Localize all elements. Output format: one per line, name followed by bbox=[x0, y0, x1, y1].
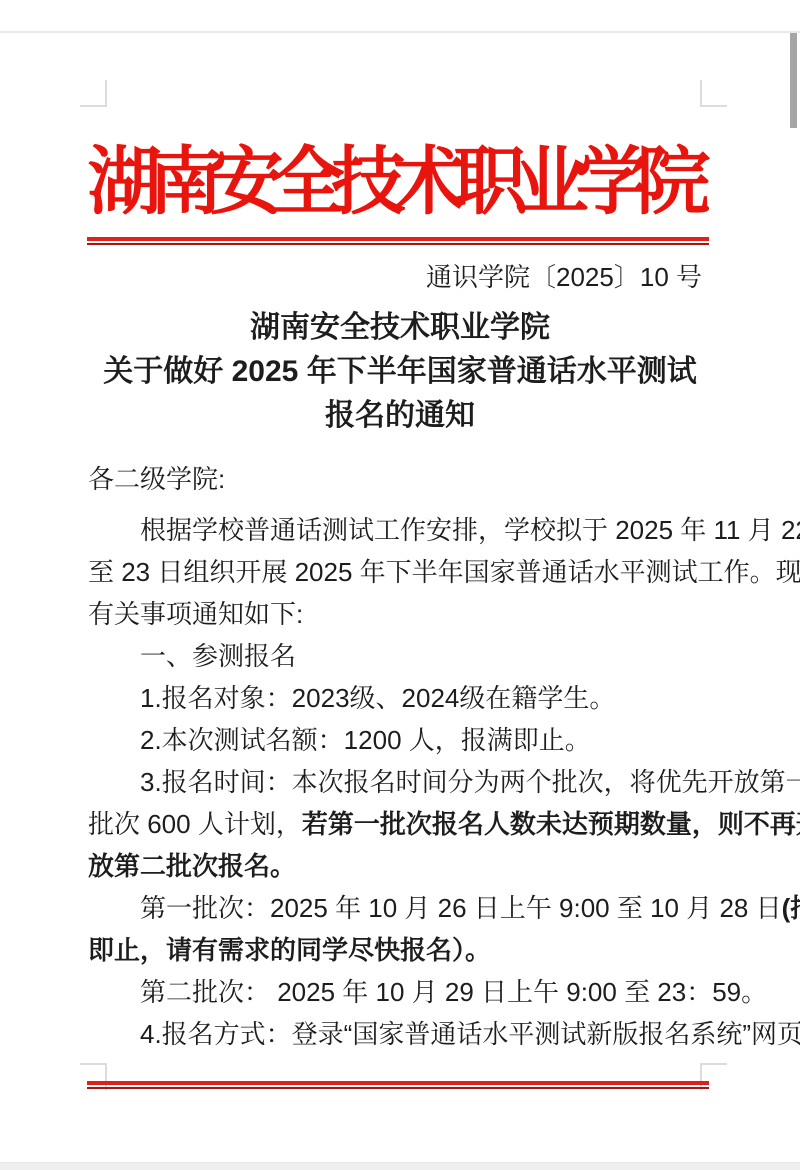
body-text-normal: 批次 600 人计划， bbox=[88, 809, 302, 839]
body-line-item2: 2.本次测试名额：1200 人，报满即止。 bbox=[88, 719, 728, 761]
body-line: 有关事项通知如下: bbox=[88, 593, 728, 635]
body-line-bold: 即止，请有需求的同学尽快报名）。 bbox=[88, 929, 728, 971]
body-text-normal: 第一批次：2025 年 10 月 26 日上午 9:00 至 10 月 28 日 bbox=[140, 893, 782, 923]
notice-title-line3: 报名的通知 bbox=[0, 394, 800, 438]
letterhead-rule bbox=[87, 237, 709, 245]
body-line-item4: 4.报名方式：登录“国家普通话水平测试新版报名系统”网页 bbox=[88, 1013, 728, 1055]
document-number: 通识学院〔2025〕10 号 bbox=[88, 262, 710, 292]
body-line-item1: 1.报名对象：2023级、2024级在籍学生。 bbox=[88, 677, 728, 719]
notice-title-line1: 湖南安全技术职业学院 bbox=[0, 306, 800, 350]
document-viewer: 湖南安全技术职业学院 通识学院〔2025〕10 号 湖南安全技术职业学院 关于做… bbox=[0, 0, 800, 1170]
footer-rule bbox=[87, 1081, 709, 1089]
body-text-bold: 若第一批次报名人数未达预期数量，则不再开 bbox=[302, 809, 800, 839]
page-bottom-gap bbox=[0, 1162, 800, 1170]
body-line-section-heading: 一、参测报名 bbox=[88, 635, 728, 677]
body-line: 批次 600 人计划，若第一批次报名人数未达预期数量，则不再开 bbox=[88, 803, 728, 845]
crop-mark-top-left bbox=[80, 80, 107, 107]
notice-body: 各二级学院: 根据学校普通话测试工作安排，学校拟于 2025 年 11 月 22… bbox=[88, 458, 728, 1055]
body-line-salutation: 各二级学院: bbox=[88, 458, 728, 500]
body-line-item3: 3.报名时间：本次报名时间分为两个批次，将优先开放第一 bbox=[88, 761, 728, 803]
body-text-bold: (报满 bbox=[782, 893, 800, 923]
body-line-batch2: 第二批次： 2025 年 10 月 29 日上午 9:00 至 23：59。 bbox=[88, 971, 728, 1013]
body-line: 至 23 日组织开展 2025 年下半年国家普通话水平测试工作。现将 bbox=[88, 551, 728, 593]
document-page: 湖南安全技术职业学院 通识学院〔2025〕10 号 湖南安全技术职业学院 关于做… bbox=[0, 0, 800, 1170]
body-line-bold: 放第二批次报名。 bbox=[88, 845, 728, 887]
body-line-batch1: 第一批次：2025 年 10 月 26 日上午 9:00 至 10 月 28 日… bbox=[88, 887, 728, 929]
crop-mark-top-right bbox=[700, 80, 727, 107]
notice-title: 湖南安全技术职业学院 关于做好 2025 年下半年国家普通话水平测试 报名的通知 bbox=[0, 306, 800, 438]
body-line: 根据学校普通话测试工作安排，学校拟于 2025 年 11 月 22 bbox=[88, 509, 728, 551]
notice-title-line2: 关于做好 2025 年下半年国家普通话水平测试 bbox=[0, 350, 800, 394]
letterhead-title: 湖南安全技术职业学院 bbox=[88, 130, 710, 222]
